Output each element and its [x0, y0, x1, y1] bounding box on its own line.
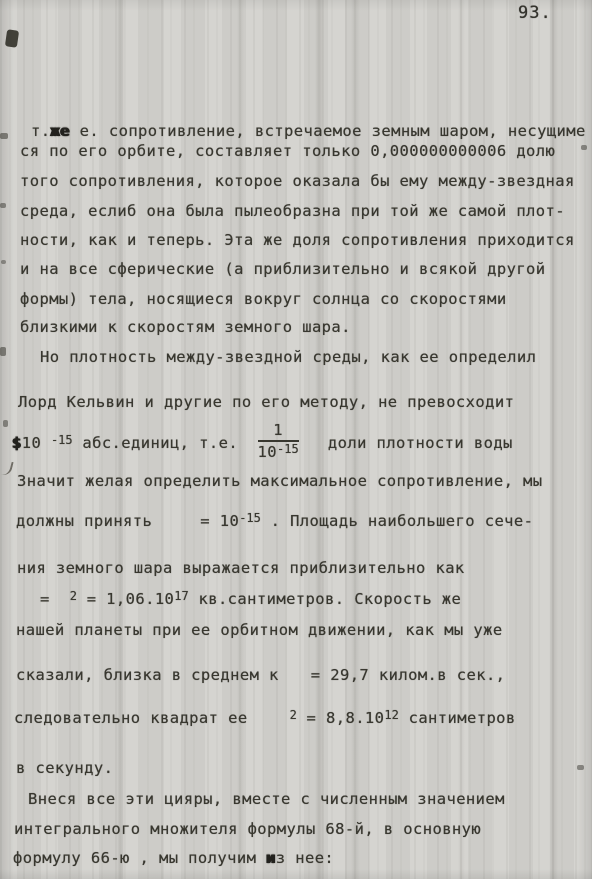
text-line: среда, еслиб она была пылеобразна при то… — [20, 201, 565, 221]
text-run: Лорд Кельвин и другие по его методу, не … — [18, 393, 514, 411]
fraction: 110-15 — [258, 422, 299, 461]
text-line: формы) тела, носящиеся вокруг солнца со … — [20, 289, 507, 309]
scan-artifact — [3, 420, 8, 427]
text-run: т. — [31, 122, 50, 140]
text-line: ния земного шара выражается приблизитель… — [17, 558, 465, 578]
text-run: 10 — [22, 434, 51, 452]
text-run: = 8,8.10 — [297, 709, 385, 727]
text-run: сантиметров — [399, 709, 516, 727]
scan-artifact — [577, 765, 584, 770]
page-number: 93. — [518, 3, 552, 23]
text-run: Внеся все эти цияры, вместе с численным … — [28, 790, 505, 808]
text-line: и на все сферические (а приблизительно и… — [20, 259, 546, 279]
text-run: в секунду. — [16, 759, 113, 777]
pen-mark — [1, 460, 13, 477]
scan-artifact — [1, 260, 6, 264]
text-run: е. сопротивление, встречаемое земным шар… — [70, 122, 586, 140]
scan-artifact — [5, 29, 19, 48]
document-page: 93. т.же е. сопротивление, встречаемое з… — [0, 0, 592, 879]
fraction-denominator: 10-15 — [258, 442, 299, 460]
scan-artifact — [581, 145, 587, 150]
superscript: 12 — [384, 708, 398, 722]
text-run: Но плотность между-звездной среды, как е… — [40, 348, 536, 366]
text-line: ности, как и теперь. Эта же доля сопроти… — [20, 230, 575, 250]
text-line: того сопротивления, которое оказала бы е… — [20, 171, 575, 191]
text-line: =2 = 1,06.1017 кв.сантиметров. Скорость … — [40, 589, 461, 609]
text-run: ния земного шара выражается приблизитель… — [17, 559, 465, 577]
text-run: следовательно квадрат ее — [14, 709, 248, 727]
text-line: интегрального множителя формулы 68-й, в … — [14, 819, 481, 839]
text-line: т.же е. сопротивление, встречаемое земны… — [31, 121, 586, 141]
text-run: абс.единиц, т.е. — [73, 434, 258, 452]
text-run: сказали, близка в среднем к — [16, 666, 279, 684]
text-run: = 10 — [200, 512, 239, 530]
text-run: должны принять — [16, 512, 152, 530]
text-line: должны принять= 10-15 . Площадь наибольш… — [16, 511, 533, 531]
superscript: -15 — [277, 442, 299, 456]
fraction-numerator: 1 — [258, 422, 299, 442]
text-line: Лорд Кельвин и другие по его методу, не … — [18, 392, 514, 412]
text-run: того сопротивления, которое оказала бы е… — [20, 172, 575, 190]
text-run: = — [40, 590, 50, 608]
text-line: Внеся все эти цияры, вместе с численным … — [28, 789, 505, 809]
text-run: . Площадь наибольшего сече- — [261, 512, 534, 530]
text-line: ся по его орбите, составляет только 0,00… — [20, 141, 555, 161]
text-run: = 1,06.10 — [77, 590, 174, 608]
text-run: ся по его орбите, составляет только 0,00… — [20, 142, 555, 160]
text-run: среда, еслиб она была пылеобразна при то… — [20, 202, 565, 220]
overstruck-text: и — [266, 849, 276, 867]
overstruck-text: $ — [12, 434, 22, 452]
overstruck-text: же — [50, 122, 69, 140]
text-run: з нее: — [276, 849, 334, 867]
text-run: формы) тела, носящиеся вокруг солнца со … — [20, 290, 507, 308]
text-line: $10 -15 абс.единиц, т.е. 110-15 доли пло… — [12, 424, 513, 463]
text-run: близкими к скоростям земного шара. — [20, 318, 351, 336]
text-run: Значит желая определить максимальное соп… — [17, 472, 543, 490]
superscript: -15 — [51, 433, 73, 447]
text-run: = 29,7 килом.в сек., — [311, 666, 506, 684]
scan-artifact — [0, 347, 6, 356]
text-line: Но плотность между-звездной среды, как е… — [40, 347, 536, 367]
text-line: следовательно квадрат ее2 = 8,8.1012 сан… — [14, 708, 516, 728]
superscript: 2 — [290, 708, 297, 722]
scan-artifact — [0, 133, 8, 139]
text-run: интегрального множителя формулы 68-й, в … — [14, 820, 481, 838]
text-run: ности, как и теперь. Эта же доля сопроти… — [20, 231, 575, 249]
text-run: и на все сферические (а приблизительно и… — [20, 260, 546, 278]
text-line: Значит желая определить максимальное соп… — [17, 471, 543, 491]
text-run: нашей планеты при ее орбитном движении, … — [16, 621, 503, 639]
superscript: 17 — [174, 589, 188, 603]
text-line: сказали, близка в среднем к= 29,7 килом.… — [16, 665, 505, 685]
scan-artifact — [0, 203, 6, 208]
text-line: нашей планеты при ее орбитном движении, … — [16, 620, 503, 640]
text-line: формулу 66-ю , мы получим из нее: — [13, 848, 334, 868]
superscript: -15 — [239, 511, 261, 525]
text-run: формулу 66-ю , мы получим — [13, 849, 266, 867]
text-run: доли плотности воды — [299, 434, 513, 452]
text-line: в секунду. — [16, 758, 113, 778]
superscript: 2 — [70, 589, 77, 603]
text-line: близкими к скоростям земного шара. — [20, 317, 351, 337]
text-run: кв.сантиметров. Скорость же — [189, 590, 462, 608]
